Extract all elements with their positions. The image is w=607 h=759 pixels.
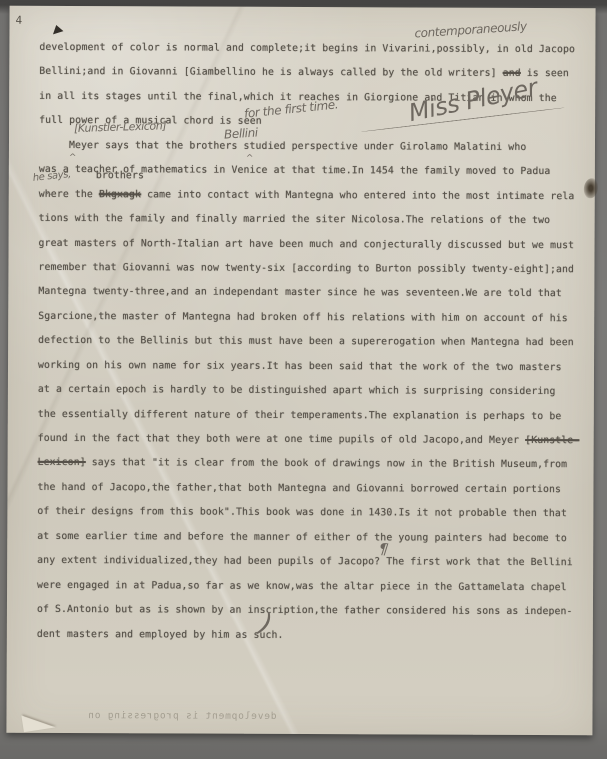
typed-line: found in the fact that they both were at… [38, 427, 588, 454]
handwritten-annotations-layer: contemporaneously^for the first time.Mis… [10, 6, 596, 9]
typed-segment: says that "it is clear from the book of … [86, 457, 568, 470]
hw-pilcrow: ¶ [378, 539, 389, 558]
typed-segment: remember that Giovanni was now twenty-si… [38, 262, 574, 275]
typed-segment: were engaged in at Padua,so far as we kn… [37, 579, 567, 592]
typed-segment: at a certain epoch is hardly to be disti… [38, 384, 556, 397]
typed-line: Meyer says that the brothers studied per… [39, 134, 589, 161]
typed-segment: Meyer says that the brothers studied per… [69, 140, 526, 153]
typed-segment: the hand of Jacopo,the father,that both … [37, 482, 561, 495]
manuscript-page: 4 development of color is normal and com… [6, 6, 595, 736]
typed-segment: found in the fact that they both were at… [38, 433, 526, 446]
typed-segment: Mantegna twenty-three,and an independant… [38, 286, 562, 299]
ink-marks-layer [10, 6, 596, 9]
typed-line: development of color is normal and compl… [39, 36, 589, 63]
folded-corner [21, 711, 55, 733]
typed-segment-strike: [Kunstle- [525, 435, 579, 446]
typed-segment: Sgarcione,the master of Mantegna had bro… [38, 311, 568, 324]
typed-line: defection to the Bellinis but this must … [38, 329, 588, 356]
hw-caret-brothers: ^ [246, 154, 254, 164]
typed-line: great masters of North-Italian art have … [38, 231, 588, 258]
typed-line: remember that Giovanni was now twenty-si… [38, 256, 588, 283]
typed-segment: defection to the Bellinis but this must … [38, 335, 574, 348]
typed-line: of their designs from this book".This bo… [37, 500, 587, 527]
typed-line: tions with the family and finally marrie… [39, 207, 589, 234]
page-number: 4 [15, 14, 22, 27]
typed-segment-strike: Lexicon] [38, 457, 86, 468]
ink-blot-right-edge [584, 178, 598, 198]
typed-segment: came into contact with Mantegna who ente… [141, 189, 574, 202]
typed-segment: the essentially different nature of thei… [38, 408, 562, 421]
typed-line: any extent individualized,they had been … [37, 549, 587, 576]
typed-segment: dent masters and employed by him as such… [37, 628, 284, 640]
typed-segment-xout: Bkgxagk [99, 189, 141, 200]
typed-segment: any extent individualized,they had been … [37, 555, 573, 568]
typed-line: Mantegna twenty-three,and an independant… [38, 280, 588, 307]
typed-segment: great masters of North-Italian art have … [39, 237, 575, 250]
typed-insert-brothers: brothers [96, 170, 144, 181]
typed-line: working on his own name for six years.It… [38, 354, 588, 381]
typed-line: dent masters and employed by him as such… [37, 622, 587, 649]
typed-line: at some earlier time and before the mann… [37, 525, 587, 552]
hw-bellini: Bellini [224, 125, 259, 141]
typed-segment: tions with the family and finally marrie… [39, 213, 551, 226]
typed-line: Lexicon] says that "it is clear from the… [38, 451, 588, 478]
typed-segment: Bellini;and in Giovanni [Giambellino he … [39, 66, 502, 79]
typed-line: where the Bkgxagk came into contact with… [39, 182, 589, 209]
hw-caret-where: ^ [45, 192, 53, 202]
typed-segment: of S.Antonio but as is shown by an inscr… [37, 604, 573, 617]
typed-segment: working on his own name for six years.It… [38, 360, 562, 373]
typed-segment: of their designs from this book".This bo… [37, 506, 567, 519]
ink-triangle-blot [51, 23, 64, 34]
typed-line: at a certain epoch is hardly to be disti… [38, 378, 588, 405]
typed-segment: at some earlier time and before the mann… [37, 531, 567, 544]
typed-line: the hand of Jacopo,the father,that both … [37, 476, 587, 503]
typed-line: Sgarcione,the master of Mantegna had bro… [38, 305, 588, 332]
hw-caret-meyer: ^ [69, 153, 77, 163]
hw-caret-possibly: ^ [351, 45, 359, 55]
typed-line: the essentially different nature of thei… [38, 402, 588, 429]
bleed-through-text: development is progressing on [87, 710, 276, 722]
typed-line: of S.Antonio but as is shown by an inscr… [37, 598, 587, 625]
typed-segment: development of color is normal and compl… [39, 42, 575, 55]
typed-line: were engaged in at Padua,so far as we kn… [37, 573, 587, 600]
